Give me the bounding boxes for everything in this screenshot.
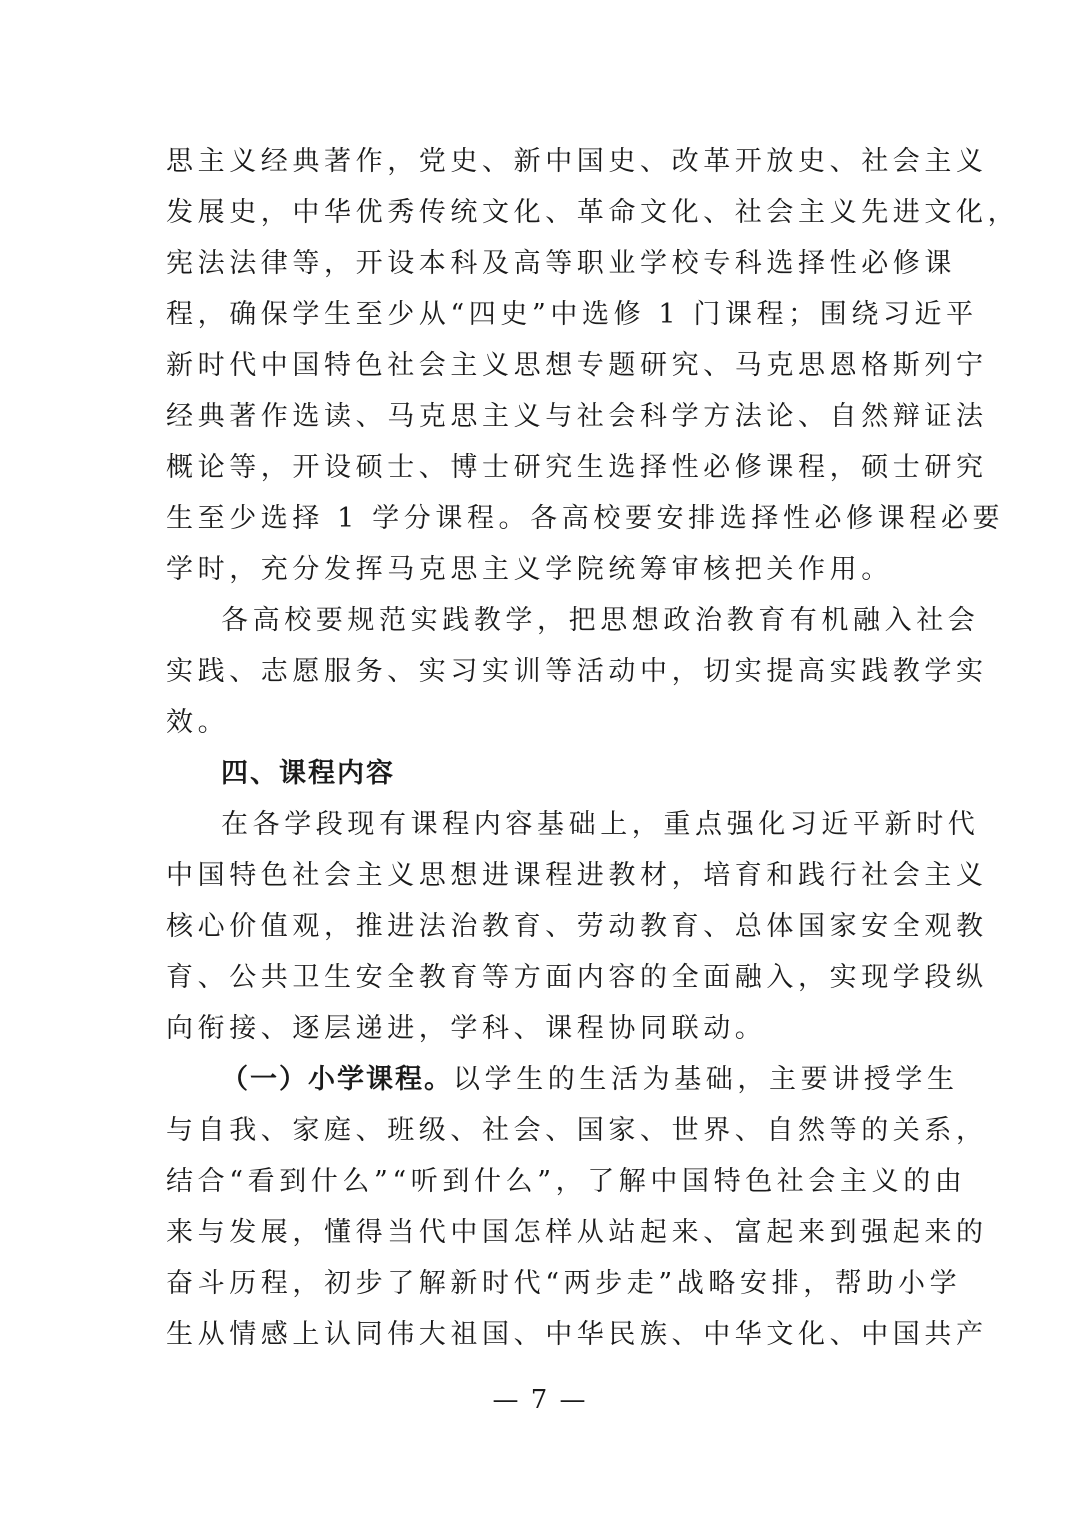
subsection-text: 以学生的生活为基础，主要讲授学生 (453, 1064, 959, 1095)
body-text-line: 宪法法律等，开设本科及高等职业学校专科选择性必修课 (166, 247, 916, 281)
body-text-line: 概论等，开设硕士、博士研究生选择性必修课程，硕士研究 (166, 451, 916, 485)
body-text-line: 经典著作选读、马克思主义与社会科学方法论、自然辩证法 (166, 400, 916, 434)
body-text-line: 程，确保学生至少从“四史”中选修 1 门课程；围绕习近平 (166, 298, 916, 332)
body-text-line: 生从情感上认同伟大祖国、中华民族、中华文化、中国共产 (166, 1318, 916, 1352)
body-text-line: 发展史，中华优秀传统文化、革命文化、社会主义先进文化， (166, 196, 916, 230)
section-heading: 四、课程内容 (221, 757, 521, 791)
body-text-line: 向衔接、逐层递进，学科、课程协同联动。 (166, 1012, 916, 1046)
body-text-line: 生至少选择 1 学分课程。各高校要安排选择性必修课程必要 (166, 502, 916, 536)
body-text-line: 来与发展，懂得当代中国怎样从站起来、富起来到强起来的 (166, 1216, 916, 1250)
page-number: — 7 — (0, 1383, 1080, 1417)
subsection-title: （一）小学课程。 (221, 1064, 453, 1095)
body-text-line: 新时代中国特色社会主义思想专题研究、马克思恩格斯列宁 (166, 349, 916, 383)
body-text-line: 学时，充分发挥马克思主义学院统筹审核把关作用。 (166, 553, 916, 587)
body-text-line: 中国特色社会主义思想进课程进教材，培育和践行社会主义 (166, 859, 916, 893)
body-text-line: 育、公共卫生安全教育等方面内容的全面融入，实现学段纵 (166, 961, 916, 995)
paragraph-start-line: 在各学段现有课程内容基础上，重点强化习近平新时代 (221, 808, 916, 842)
body-text-line: 核心价值观，推进法治教育、劳动教育、总体国家安全观教 (166, 910, 916, 944)
body-text-line: 结合“看到什么”“听到什么”，了解中国特色社会主义的由 (166, 1165, 916, 1199)
body-text-line: 效。 (166, 706, 916, 740)
body-text-line: 奋斗历程，初步了解新时代“两步走”战略安排，帮助小学 (166, 1267, 916, 1301)
subsection-start-line: （一）小学课程。以学生的生活为基础，主要讲授学生 (221, 1063, 916, 1097)
paragraph-start-line: 各高校要规范实践教学，把思想政治教育有机融入社会 (221, 604, 916, 638)
body-text-line: 与自我、家庭、班级、社会、国家、世界、自然等的关系， (166, 1114, 916, 1148)
body-text-line: 思主义经典著作，党史、新中国史、改革开放史、社会主义 (166, 145, 916, 179)
document-page: 思主义经典著作，党史、新中国史、改革开放史、社会主义 发展史，中华优秀传统文化、… (0, 0, 1080, 1526)
body-text-line: 实践、志愿服务、实习实训等活动中，切实提高实践教学实 (166, 655, 916, 689)
